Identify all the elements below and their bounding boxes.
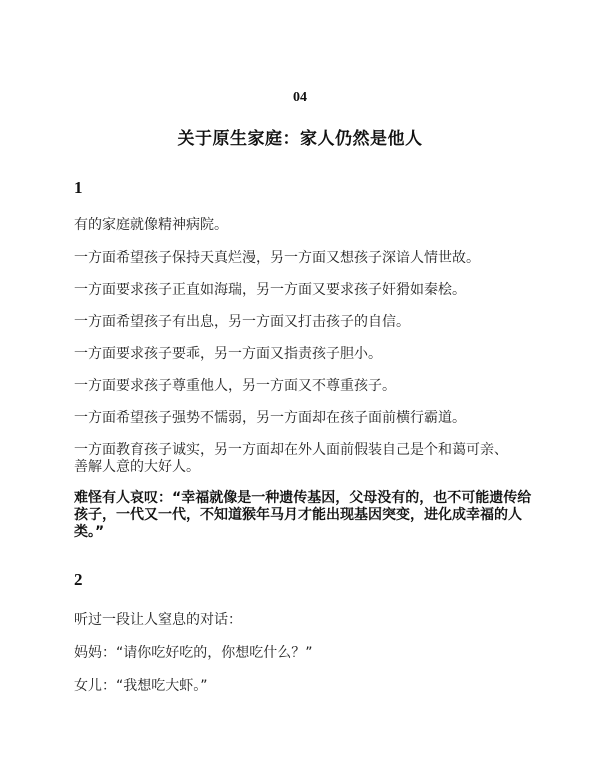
document-page: 04 关于原生家庭：家人仍然是他人 1 有的家庭就像精神病院。 一方面希望孩子保… bbox=[0, 0, 600, 778]
paragraph: 听过一段让人窒息的对话： bbox=[74, 612, 534, 629]
paragraph: 一方面教育孩子诚实，另一方面却在外人面前假装自己是个和蔼可亲、善解人意的大好人。 bbox=[74, 442, 514, 476]
paragraph: 女儿：“我想吃大虾。” bbox=[74, 678, 534, 695]
paragraph: 一方面要求孩子要乖，另一方面又指责孩子胆小。 bbox=[74, 346, 534, 363]
paragraph: 一方面希望孩子有出息，另一方面又打击孩子的自信。 bbox=[74, 314, 534, 331]
section-number-1: 1 bbox=[74, 178, 83, 198]
paragraph: 有的家庭就像精神病院。 bbox=[74, 217, 534, 234]
paragraph: 妈妈：“请你吃好吃的，你想吃什么？” bbox=[74, 645, 534, 662]
paragraph: 一方面要求孩子正直如海瑞，另一方面又要求孩子奸猾如秦桧。 bbox=[74, 282, 534, 299]
chapter-title: 关于原生家庭：家人仍然是他人 bbox=[0, 124, 600, 149]
chapter-number: 04 bbox=[0, 90, 600, 106]
section-number-2: 2 bbox=[74, 570, 83, 590]
paragraph: 一方面希望孩子保持天真烂漫，另一方面又想孩子深谙人情世故。 bbox=[74, 250, 534, 267]
paragraph: 一方面要求孩子尊重他人，另一方面又不尊重孩子。 bbox=[74, 378, 534, 395]
quote-paragraph: 难怪有人哀叹：“幸福就像是一种遗传基因，父母没有的，也不可能遗传给孩子，一代又一… bbox=[74, 490, 534, 541]
paragraph: 一方面希望孩子强势不懦弱，另一方面却在孩子面前横行霸道。 bbox=[74, 410, 534, 427]
